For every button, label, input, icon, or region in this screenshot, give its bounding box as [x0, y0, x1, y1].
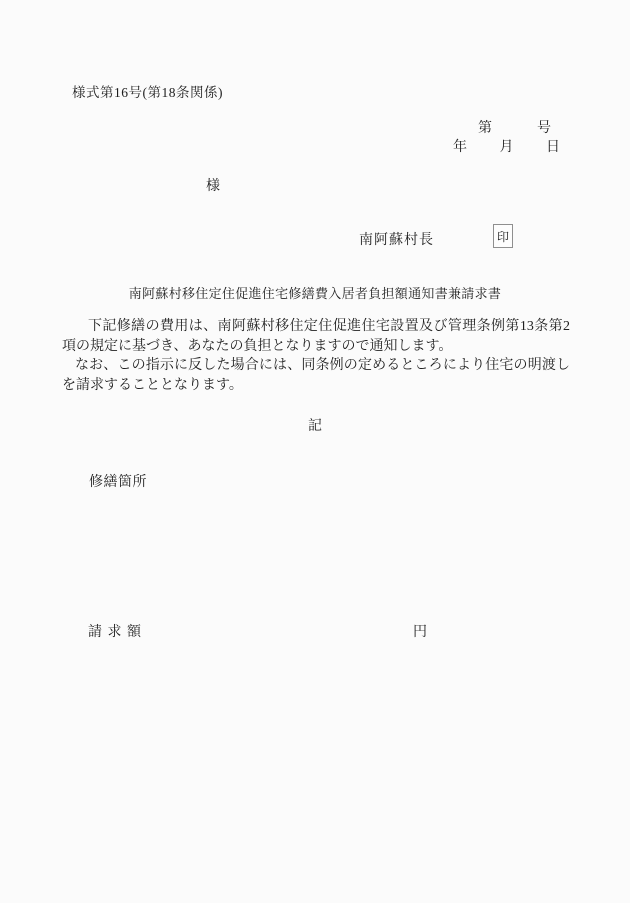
document-number-line: 第 号 — [478, 117, 551, 137]
date-line: 年 月 日 — [453, 136, 560, 156]
currency-unit-label: 円 — [413, 621, 427, 641]
sender-title: 南阿蘇村長 — [359, 229, 434, 249]
month-label: 月 — [500, 136, 514, 156]
doc-number-prefix: 第 — [478, 117, 492, 137]
year-label: 年 — [453, 136, 467, 156]
day-label: 日 — [546, 136, 560, 156]
seal-box: 印 — [493, 224, 513, 248]
doc-number-suffix: 号 — [537, 117, 551, 137]
form-number: 様式第16号(第18条関係) — [72, 81, 223, 101]
document-page: 様式第16号(第18条関係) 第 号 年 月 日 様 南阿蘇村長 印 南阿蘇村移… — [0, 0, 630, 903]
body-paragraph-2: なお、この指示に反した場合には、同条例の定めるところにより住宅の明渡しを請求する… — [62, 356, 570, 395]
document-title: 南阿蘇村移住定住促進住宅修繕費入居者負担額通知書兼請求書 — [0, 283, 630, 302]
addressee-honorific: 様 — [206, 175, 220, 195]
body-paragraph-1: 下記修繕の費用は、南阿蘇村移住定住促進住宅設置及び管理条例第13条第2項の規定に… — [62, 317, 570, 356]
body-text: 下記修繕の費用は、南阿蘇村移住定住促進住宅設置及び管理条例第13条第2項の規定に… — [62, 317, 570, 395]
repair-location-label: 修繕箇所 — [89, 471, 147, 491]
seal-label: 印 — [497, 228, 509, 245]
amount-row: 請 求 額 円 — [88, 621, 427, 641]
billed-amount-label: 請 求 額 — [88, 621, 142, 641]
record-marker: 記 — [0, 415, 630, 435]
